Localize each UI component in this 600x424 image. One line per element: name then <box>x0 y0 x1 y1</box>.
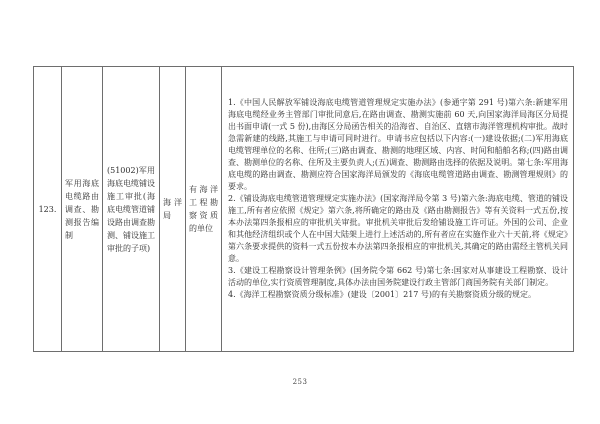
department-cell: 海 洋 局 <box>160 67 186 351</box>
legal-basis-paragraph-1: 1.《中国人民解放军铺设海底电缆管道管理规定实施办法》(参通字第 291 号)第… <box>228 97 568 193</box>
legal-basis-paragraph-2: 2.《铺设海底电缆管道管理规定实施办法》(国家海洋局令第 3 号)第六条:海底电… <box>228 193 568 265</box>
legal-basis-paragraph-3: 3.《建设工程勘察设计管理条例》(国务院令第 662 号)第七条:国家对从事建设… <box>228 265 568 289</box>
department-name: 海 洋 局 <box>163 196 182 222</box>
approval-sub-item-cell: (51002)军用海底电缆铺设施工审批(海底电缆管道铺设路由调查勘测、铺设施工审… <box>103 67 160 351</box>
approval-items-table: 123. 军用海底电缆路由调查、勘测报告编制 (51002)军用海底电缆铺设施工… <box>33 66 574 352</box>
legal-basis-paragraph-4: 4.《海洋工程勘察资质分级标准》(建设〔2001〕217 号)的有关勘察资质分级… <box>228 289 568 301</box>
row-number-cell: 123. <box>34 67 62 351</box>
approval-sub-item: (51002)军用海底电缆铺设施工审批(海底电缆管道铺设路由调查勘测、铺设施工审… <box>107 164 155 255</box>
applicant-description: 有海洋工程勘察资质的单位 <box>189 183 218 235</box>
project-name: 军用海底电缆路由调查、勘测报告编制 <box>65 177 99 242</box>
page-number: 253 <box>0 378 600 386</box>
legal-basis-cell: 1.《中国人民解放军铺设海底电缆管道管理规定实施办法》(参通字第 291 号)第… <box>222 67 573 351</box>
applicant-cell: 有海洋工程勘察资质的单位 <box>186 67 222 351</box>
document-page: 123. 军用海底电缆路由调查、勘测报告编制 (51002)军用海底电缆铺设施工… <box>0 0 600 424</box>
row-number: 123. <box>39 203 57 216</box>
project-name-cell: 军用海底电缆路由调查、勘测报告编制 <box>62 67 103 351</box>
